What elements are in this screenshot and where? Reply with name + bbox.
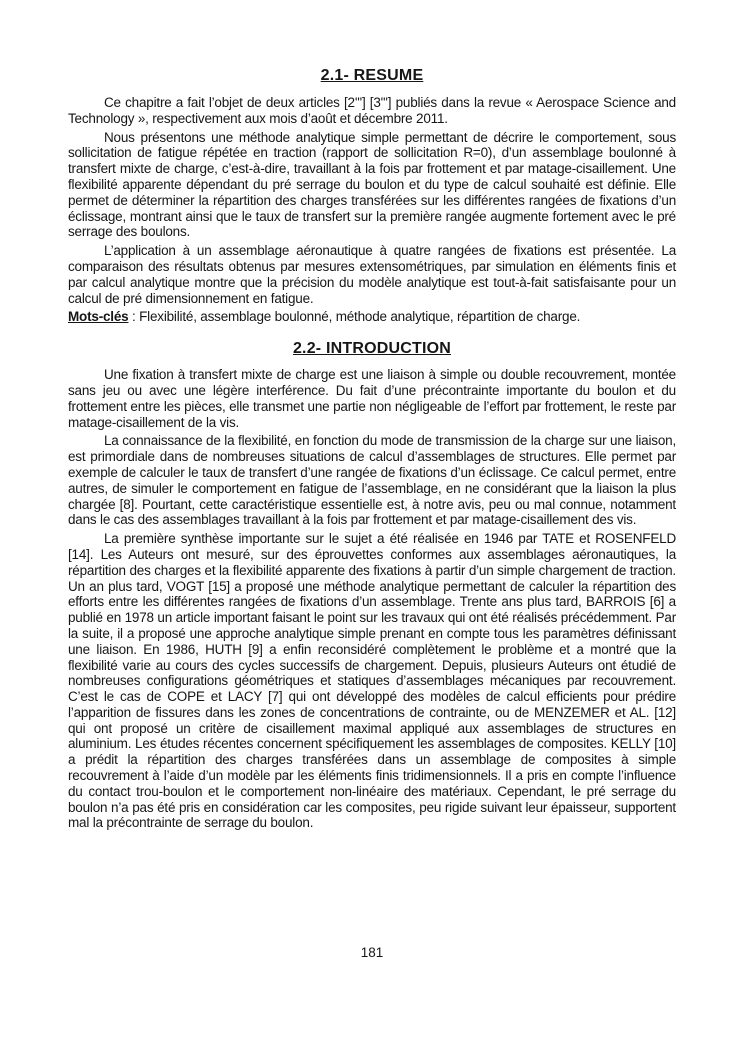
page-content: 2.1- RESUME Ce chapitre a fait l’objet d…: [68, 66, 676, 834]
keywords-label: Mots-clés: [68, 309, 128, 324]
introduction-paragraph-1: Une fixation à transfert mixte de charge…: [68, 367, 676, 430]
keywords-text: : Flexibilité, assemblage boulonné, méth…: [128, 309, 580, 324]
heading-introduction: 2.2- INTRODUCTION: [68, 339, 676, 359]
resume-paragraph-3: L’application à un assemblage aéronautiq…: [68, 243, 676, 306]
introduction-paragraph-3: La première synthèse importante sur le s…: [68, 531, 676, 831]
keywords-line: Mots-clés : Flexibilité, assemblage boul…: [68, 309, 676, 325]
document-page: 2.1- RESUME Ce chapitre a fait l’objet d…: [0, 0, 744, 1053]
resume-paragraph-1: Ce chapitre a fait l’objet de deux artic…: [68, 95, 676, 127]
resume-paragraph-2: Nous présentons une méthode analytique s…: [68, 130, 676, 241]
page-number: 181: [0, 945, 744, 961]
heading-resume: 2.1- RESUME: [68, 66, 676, 86]
introduction-paragraph-2: La connaissance de la flexibilité, en fo…: [68, 433, 676, 528]
